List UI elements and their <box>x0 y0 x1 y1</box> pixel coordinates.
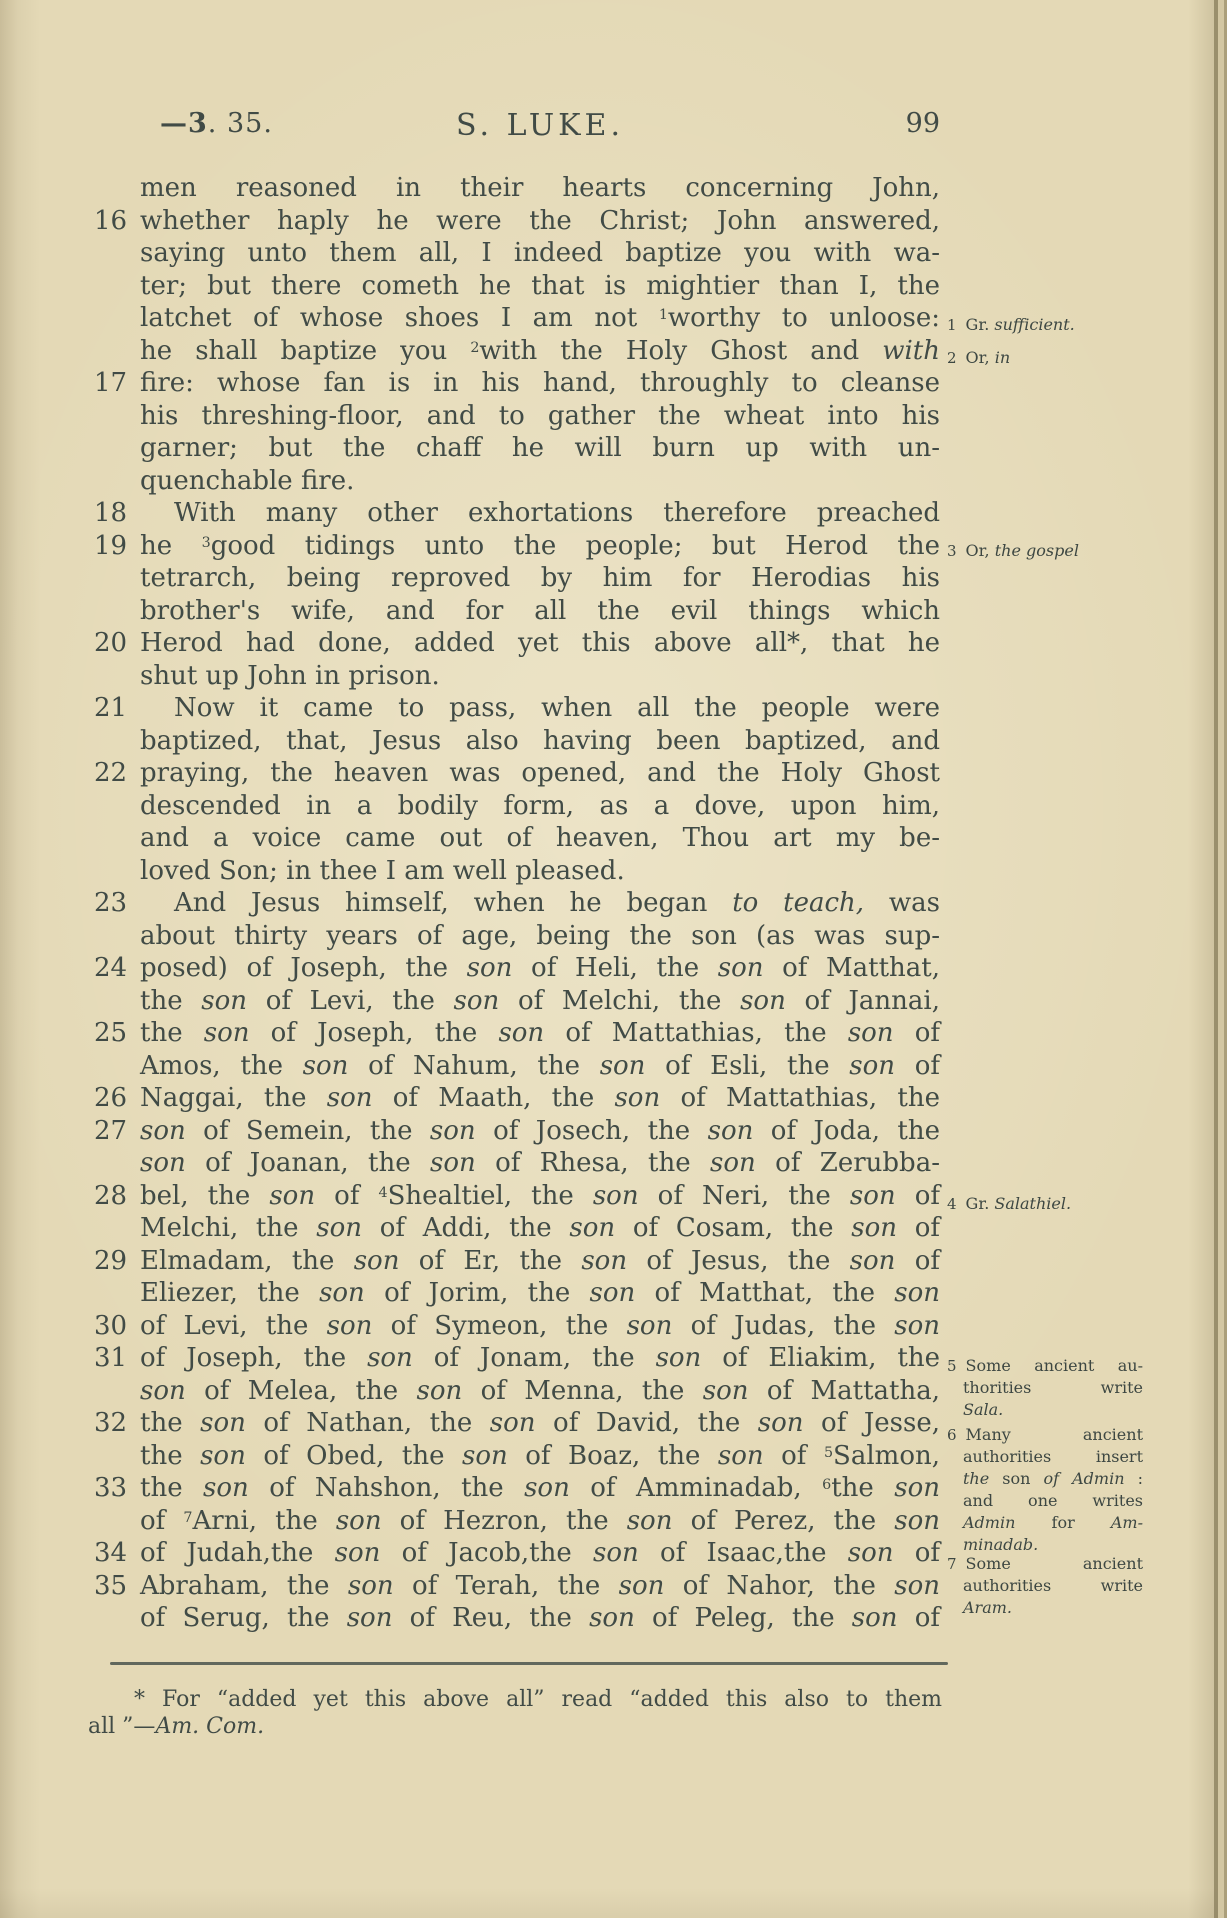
text-line: Melchi, the son of Addi, the son of Cosa… <box>140 1212 940 1245</box>
verse-number: 32 <box>94 1407 136 1440</box>
margin-note-line: Aram. <box>947 1597 1143 1619</box>
margin-note-line: authorities write <box>947 1575 1143 1597</box>
verse-number: 21 <box>94 692 136 725</box>
text-line: garner; but the chaff he will burn up wi… <box>140 432 940 465</box>
verse-number: 28 <box>94 1180 136 1213</box>
text-line: 26Naggai, the son of Maath, the son of M… <box>140 1082 940 1115</box>
margin-note: 2Or, in <box>947 347 1143 369</box>
running-header: —3. 35. S. LUKE. 99 <box>140 108 940 148</box>
margin-note-number: 6 <box>947 1424 957 1446</box>
margin-note-number: 2 <box>947 347 957 369</box>
text-line: 23And Jesus himself, when he began to te… <box>140 887 940 920</box>
text-line: 35Abraham, the son of Terah, the son of … <box>140 1570 940 1603</box>
footnote-line: all ”—Am. Com. <box>88 1713 942 1740</box>
page-number: 99 <box>906 108 940 139</box>
text-line: son of Joanan, the son of Rhesa, the son… <box>140 1147 940 1180</box>
book-page-scan: { "page": { "header_left": "`\u20143`. 3… <box>0 0 1227 1918</box>
text-line: loved Son; in thee I am well pleased. <box>140 855 940 888</box>
verse-number: 24 <box>94 952 136 985</box>
text-line: shut up John in prison. <box>140 660 940 693</box>
margin-note-line: 4Gr. Salathiel. <box>947 1193 1143 1215</box>
verse-number: 18 <box>94 497 136 530</box>
margin-note-number: 5 <box>947 1355 957 1377</box>
footnote-line: * For “added yet this above all” read “a… <box>88 1686 942 1713</box>
text-line: and a voice came out of heaven, Thou art… <box>140 822 940 855</box>
margin-note-number: 7 <box>947 1553 957 1575</box>
margin-note: 3Or, the gospel <box>947 540 1143 562</box>
margin-note: 5Some ancient au-thorities writeSala. <box>947 1355 1143 1421</box>
text-line: 29Elmadam, the son of Er, the son of Jes… <box>140 1245 940 1278</box>
page-edge <box>1213 0 1227 1918</box>
text-line: ter; but there cometh he that is mightie… <box>140 270 940 303</box>
text-line: 18With many other exhortations therefore… <box>140 497 940 530</box>
page-edge-shadow <box>1188 0 1214 1918</box>
text-line: 22praying, the heaven was opened, and th… <box>140 757 940 790</box>
text-line: about thirty years of age, being the son… <box>140 920 940 953</box>
text-line: of 7Arni, the son of Hezron, the son of … <box>140 1505 940 1538</box>
text-line: tetrarch, being reproved by him for Hero… <box>140 562 940 595</box>
margin-note-line: 1Gr. sufficient. <box>947 314 1143 336</box>
footnote-block: * For “added yet this above all” read “a… <box>88 1686 942 1740</box>
text-line: saying unto them all, I indeed baptize y… <box>140 237 940 270</box>
text-line: of Serug, the son of Reu, the son of Pel… <box>140 1602 940 1635</box>
text-line: the son of Levi, the son of Melchi, the … <box>140 985 940 1018</box>
footnote-rule <box>110 1662 948 1665</box>
text-line: baptized, that, Jesus also having been b… <box>140 725 940 758</box>
text-line: 17fire: whose fan is in his hand, throug… <box>140 367 940 400</box>
verse-number: 17 <box>94 367 136 400</box>
verse-number: 29 <box>94 1245 136 1278</box>
text-line: 16whether haply he were the Christ; John… <box>140 205 940 238</box>
margin-note-line: 7Some ancient <box>947 1553 1143 1575</box>
text-line: Eliezer, the son of Jorim, the son of Ma… <box>140 1277 940 1310</box>
margin-note-line: 5Some ancient au- <box>947 1355 1143 1377</box>
verse-number: 27 <box>94 1115 136 1148</box>
margin-note: 7Some ancientauthorities writeAram. <box>947 1553 1143 1619</box>
verse-number: 35 <box>94 1570 136 1603</box>
verse-number: 16 <box>94 205 136 238</box>
margin-note-line: the son of Admin : <box>947 1468 1143 1490</box>
verse-number: 34 <box>94 1537 136 1570</box>
verse-number: 19 <box>94 530 136 563</box>
verse-number: 22 <box>94 757 136 790</box>
margin-note: 1Gr. sufficient. <box>947 314 1143 336</box>
verse-number: 23 <box>94 887 136 920</box>
text-line: 30of Levi, the son of Symeon, the son of… <box>140 1310 940 1343</box>
margin-note-line: thorities write <box>947 1377 1143 1399</box>
text-line: 34of Judah,the son of Jacob,the son of I… <box>140 1537 940 1570</box>
text-line: son of Melea, the son of Menna, the son … <box>140 1375 940 1408</box>
verse-number: 30 <box>94 1310 136 1343</box>
text-line: quenchable fire. <box>140 465 940 498</box>
text-line: brother's wife, and for all the evil thi… <box>140 595 940 628</box>
text-line: the son of Obed, the son of Boaz, the so… <box>140 1440 940 1473</box>
text-line: 20Herod had done, added yet this above a… <box>140 627 940 660</box>
margin-note-line: 2Or, in <box>947 347 1143 369</box>
text-line: 19he 3good tidings unto the people; but … <box>140 530 940 563</box>
verse-number: 33 <box>94 1472 136 1505</box>
text-line: 25the son of Joseph, the son of Mattathi… <box>140 1017 940 1050</box>
margin-note-line: 6Many ancient <box>947 1424 1143 1446</box>
margin-note-number: 3 <box>947 540 957 562</box>
margin-note-line: Sala. <box>947 1399 1143 1421</box>
text-line: 33the son of Nahshon, the son of Amminad… <box>140 1472 940 1505</box>
text-line: Amos, the son of Nahum, the son of Esli,… <box>140 1050 940 1083</box>
verse-number: 26 <box>94 1082 136 1115</box>
verse-number: 25 <box>94 1017 136 1050</box>
text-line: 31of Joseph, the son of Jonam, the son o… <box>140 1342 940 1375</box>
margin-note-number: 4 <box>947 1193 957 1215</box>
text-line: his threshing-floor, and to gather the w… <box>140 400 940 433</box>
margin-note-line: Admin for Am- <box>947 1512 1143 1534</box>
text-line: men reasoned in their hearts concerning … <box>140 172 940 205</box>
margin-note-line: 3Or, the gospel <box>947 540 1143 562</box>
text-line: he shall baptize you 2with the Holy Ghos… <box>140 335 940 368</box>
margin-note: 4Gr. Salathiel. <box>947 1193 1143 1215</box>
text-line: 21Now it came to pass, when all the peop… <box>140 692 940 725</box>
text-line: 27son of Semein, the son of Josech, the … <box>140 1115 940 1148</box>
header-book-title: S. LUKE. <box>140 108 940 143</box>
verse-number: 31 <box>94 1342 136 1375</box>
body-text-column: men reasoned in their hearts concerning … <box>140 172 940 1635</box>
verse-number: 20 <box>94 627 136 660</box>
text-line: latchet of whose shoes I am not 1worthy … <box>140 302 940 335</box>
text-line: descended in a bodily form, as a dove, u… <box>140 790 940 823</box>
margin-note: 6Many ancientauthorities insertthe son o… <box>947 1424 1143 1556</box>
margin-note-line: and one writes <box>947 1490 1143 1512</box>
margin-note-line: authorities insert <box>947 1446 1143 1468</box>
text-line: 32the son of Nathan, the son of David, t… <box>140 1407 940 1440</box>
text-line: 28bel, the son of 4Shealtiel, the son of… <box>140 1180 940 1213</box>
text-line: 24posed) of Joseph, the son of Heli, the… <box>140 952 940 985</box>
margin-note-number: 1 <box>947 314 957 336</box>
